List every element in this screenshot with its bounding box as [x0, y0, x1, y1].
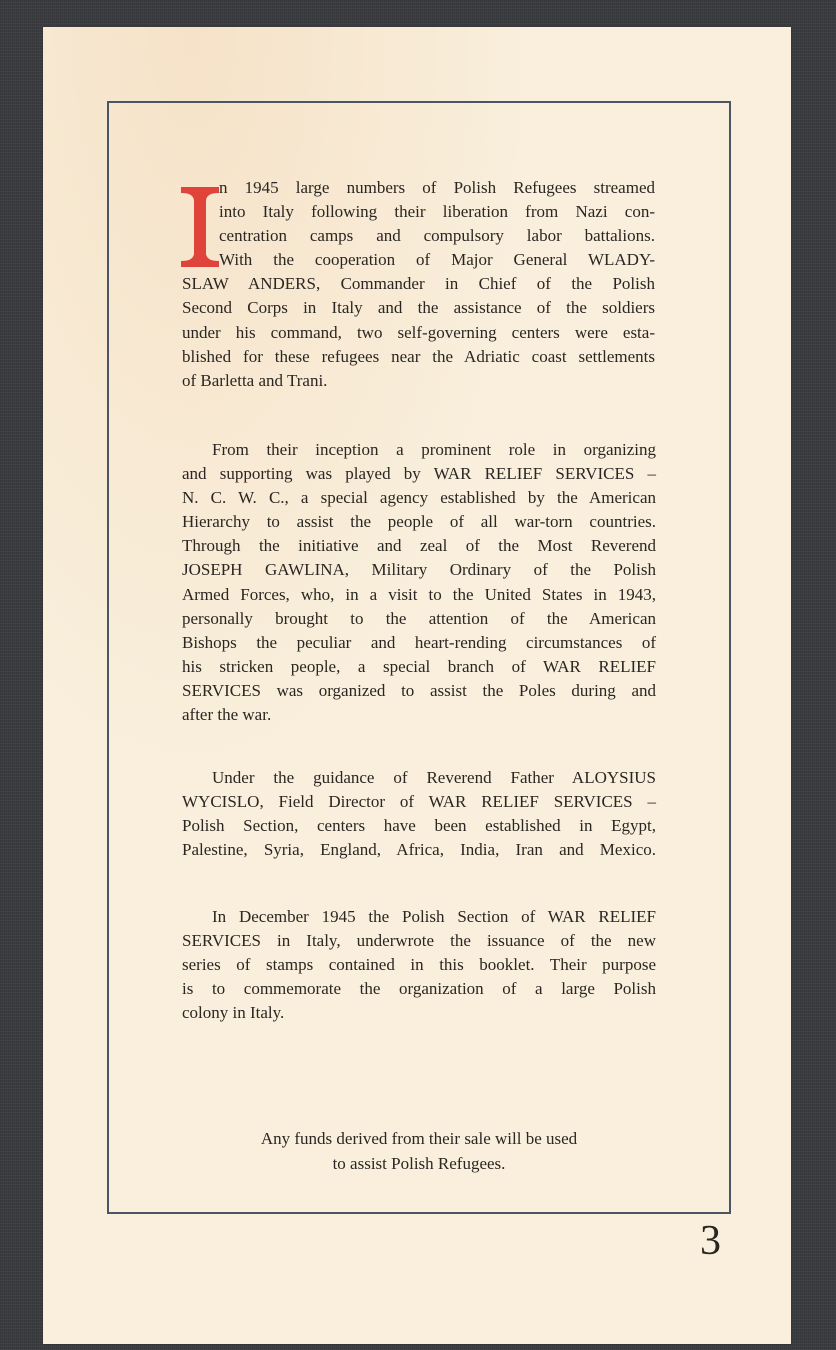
- paragraph-war-relief-services: From their inception a prominent role in…: [182, 438, 656, 727]
- text-line: Armed Forces, who, in a visit to the Uni…: [182, 583, 656, 607]
- text-line: series of stamps contained in this bookl…: [182, 953, 656, 977]
- text-line: N. C. W. C., a special agency establishe…: [182, 486, 656, 510]
- text-line: centration camps and compulsory labor ba…: [182, 224, 655, 248]
- text-line: With the cooperation of Major General WL…: [182, 248, 655, 272]
- booklet-page: n 1945 large numbers of Polish Refugees …: [43, 27, 791, 1344]
- text-line: Second Corps in Italy and the assistance…: [182, 296, 655, 320]
- text-line: and supporting was played by WAR RELIEF …: [182, 462, 656, 486]
- text-line: Through the initiative and zeal of the M…: [182, 534, 656, 558]
- text-line: his stricken people, a special branch of…: [182, 655, 656, 679]
- text-line: Bishops the peculiar and heart-rending c…: [182, 631, 656, 655]
- text-line: SERVICES was organized to assist the Pol…: [182, 679, 656, 703]
- page-number: 3: [700, 1220, 721, 1262]
- text-line: into Italy following their liberation fr…: [182, 200, 655, 224]
- text-line: after the war.: [182, 703, 656, 727]
- text-line: is to commemorate the organization of a …: [182, 977, 656, 1001]
- text-line: blished for these refugees near the Adri…: [182, 345, 655, 369]
- closing-line: to assist Polish Refugees.: [182, 1151, 656, 1176]
- text-line: SERVICES in Italy, underwrote the issuan…: [182, 929, 656, 953]
- closing-note: Any funds derived from their sale will b…: [182, 1126, 656, 1176]
- text-line: From their inception a prominent role in…: [182, 438, 656, 462]
- paragraph-polish-section: Under the guidance of Reverend Father AL…: [182, 766, 656, 862]
- text-line: personally brought to the attention of t…: [182, 607, 656, 631]
- paragraph-stamps: In December 1945 the Polish Section of W…: [182, 905, 656, 1025]
- text-line: Palestine, Syria, England, Africa, India…: [182, 838, 656, 862]
- text-line: under his command, two self-governing ce…: [182, 321, 655, 345]
- text-line: SLAW ANDERS, Commander in Chief of the P…: [182, 272, 655, 296]
- paragraph-intro: n 1945 large numbers of Polish Refugees …: [182, 176, 655, 393]
- text-line: WYCISLO, Field Director of WAR RELIEF SE…: [182, 790, 656, 814]
- text-line: In December 1945 the Polish Section of W…: [182, 905, 656, 929]
- text-line: Hierarchy to assist the people of all wa…: [182, 510, 656, 534]
- text-line: Under the guidance of Reverend Father AL…: [182, 766, 656, 790]
- text-line: colony in Italy.: [182, 1001, 656, 1025]
- text-line: JOSEPH GAWLINA, Military Ordinary of the…: [182, 558, 656, 582]
- closing-line: Any funds derived from their sale will b…: [182, 1126, 656, 1151]
- text-line: Polish Section, centers have been establ…: [182, 814, 656, 838]
- text-line: of Barletta and Trani.: [182, 369, 655, 393]
- text-line: n 1945 large numbers of Polish Refugees …: [182, 176, 655, 200]
